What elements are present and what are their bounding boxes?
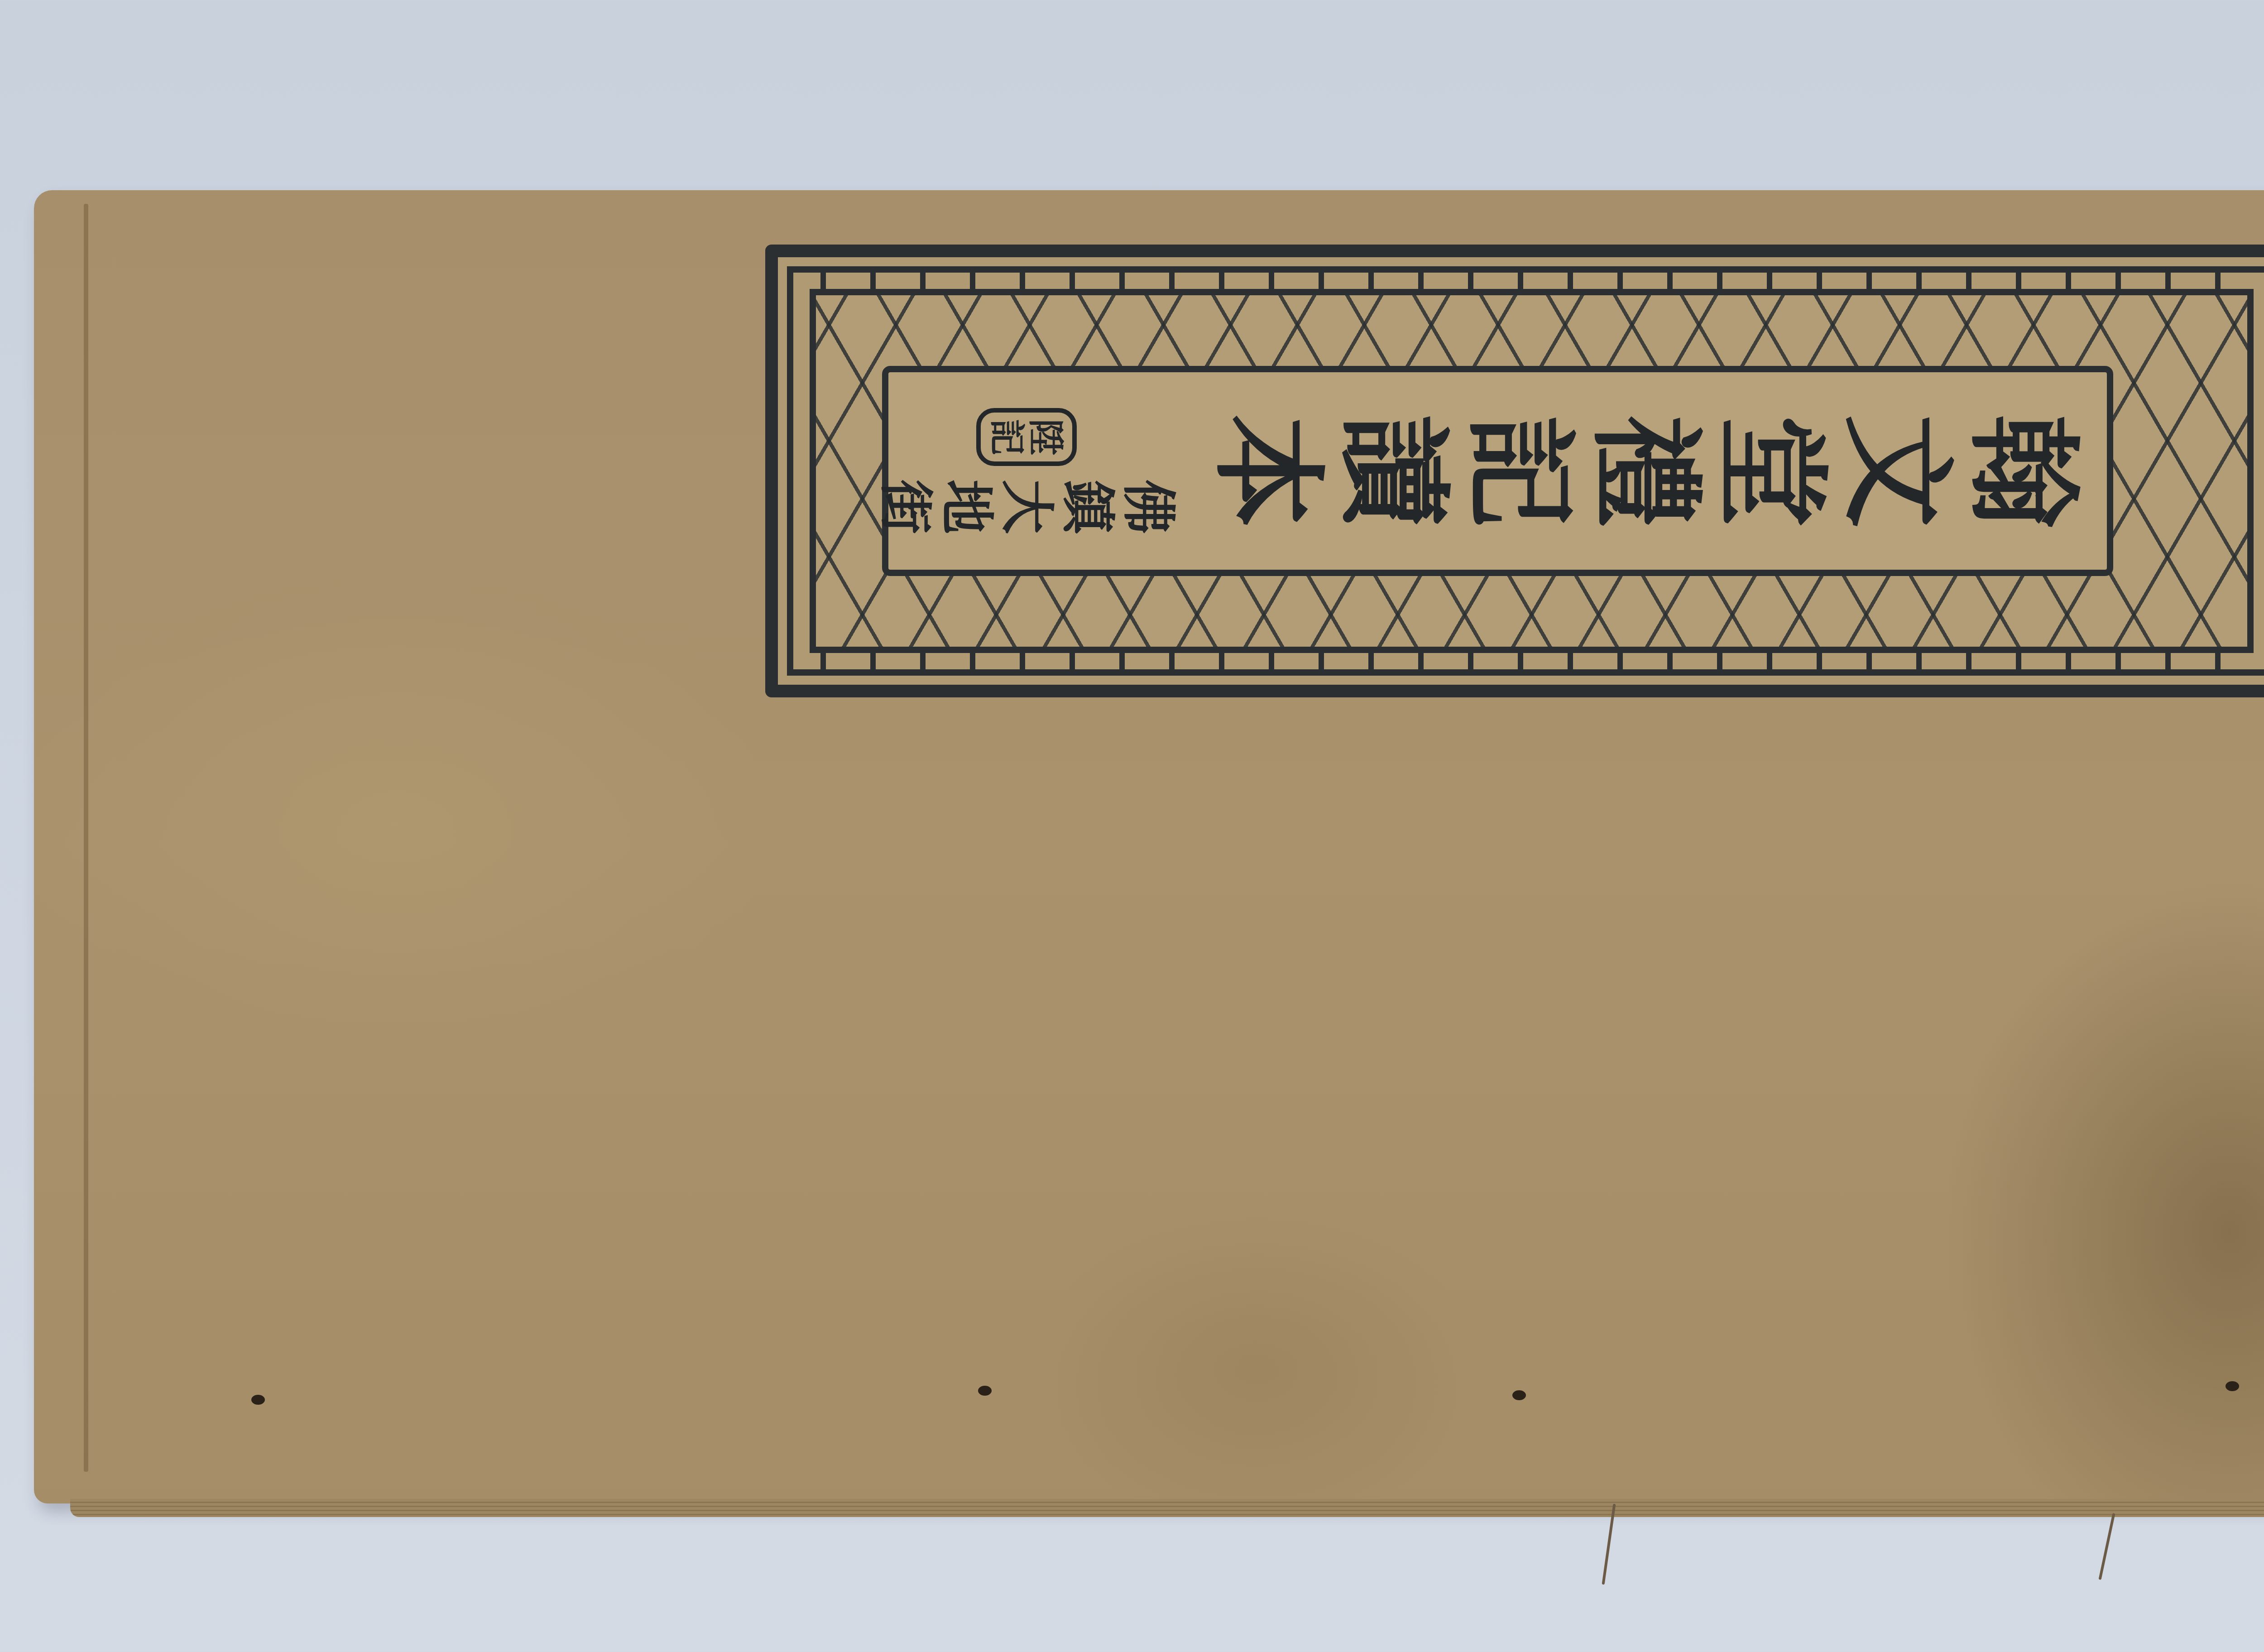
book-cover: 翰 文 堂 禮 記 讀 本 陞 記 佛 鎮 大 地 街: [34, 190, 2264, 1503]
title-char: 文: [1841, 414, 1954, 528]
title-slip: 翰 文 堂 禮 記 讀 本 陞 記 佛 鎮 大 地 街: [765, 245, 2264, 697]
title-char: 讀: [1337, 414, 1450, 528]
page-edges: [70, 1499, 2264, 1517]
title-char: 本: [1211, 414, 1324, 528]
binding-spine-line: [84, 204, 88, 1472]
address-char: 地: [939, 480, 993, 534]
stitch-hole: [978, 1386, 992, 1396]
title-label-panel: 翰 文 堂 禮 記 讀 本 陞 記 佛 鎮 大 地 街: [882, 366, 2113, 576]
address-char: 鎮: [1060, 480, 1114, 534]
publisher-address: 佛 鎮 大 地 街: [878, 480, 1175, 534]
stitch-hole: [1512, 1390, 1526, 1400]
title-char: 禮: [1589, 414, 1702, 528]
title-char: 翰: [1967, 414, 2080, 528]
publisher-seal: 陞 記: [976, 408, 1077, 466]
title-char: 記: [1463, 414, 1576, 528]
title-char: 堂: [1715, 414, 1828, 528]
loose-thread: [2098, 1513, 2115, 1580]
address-char: 大: [999, 480, 1054, 534]
address-char: 街: [878, 480, 932, 534]
seal-char: 陞: [1028, 419, 1064, 455]
stitch-hole: [251, 1395, 265, 1405]
seal-char: 記: [989, 419, 1025, 455]
publisher-block: 陞 記 佛 鎮 大 地 街: [878, 408, 1175, 534]
stitch-hole: [2226, 1381, 2239, 1391]
address-char: 佛: [1121, 480, 1175, 534]
book-title: 翰 文 堂 禮 記 讀 本: [1211, 414, 2080, 528]
